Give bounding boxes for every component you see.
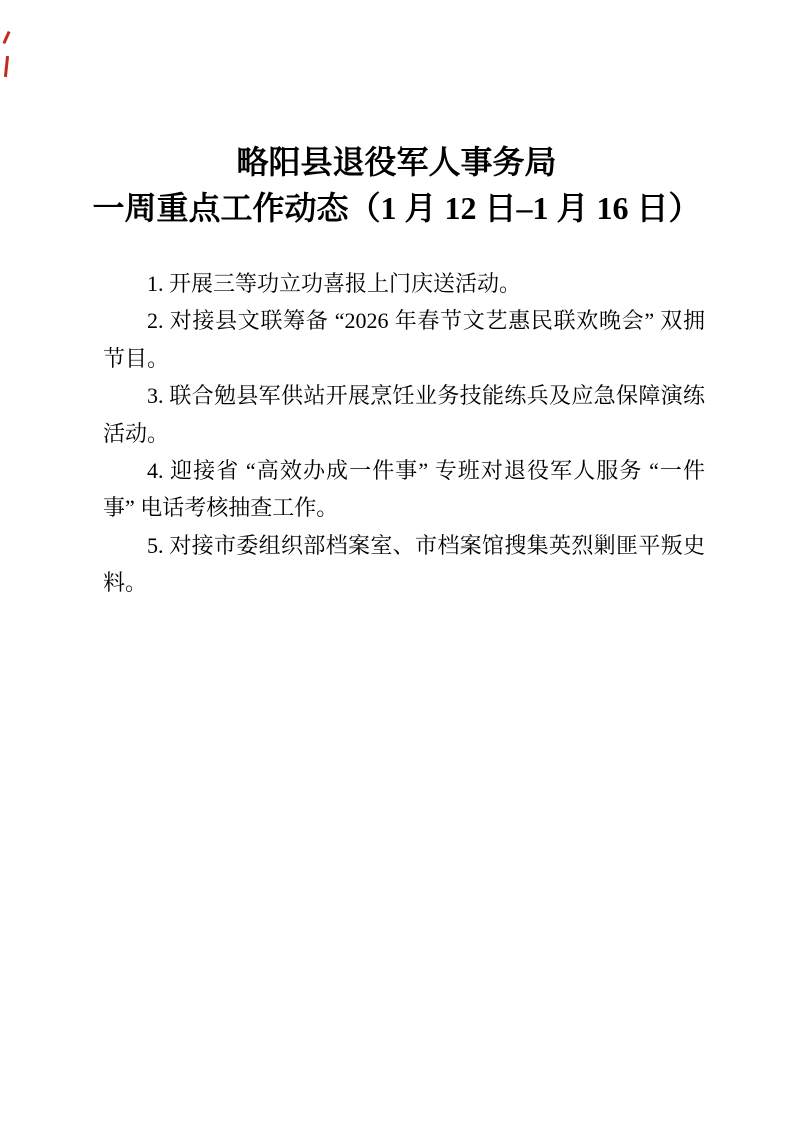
document-title-line-1: 略阳县退役军人事务局	[0, 139, 793, 185]
document-page: 略阳县退役军人事务局 一周重点工作动态（1 月 12 日–1 月 16 日） 1…	[0, 0, 793, 1122]
body-paragraph-5: 5. 对接市委组织部档案室、市档案馆搜集英烈剿匪平叛史料。	[103, 527, 705, 602]
body-paragraph-4: 4. 迎接省 “高效办成一件事” 专班对退役军人服务 “一件事” 电话考核抽查工…	[103, 452, 705, 527]
body-paragraph-1: 1. 开展三等功立功喜报上门庆送活动。	[103, 265, 705, 302]
document-title: 略阳县退役军人事务局 一周重点工作动态（1 月 12 日–1 月 16 日）	[0, 0, 793, 231]
document-title-line-2: 一周重点工作动态（1 月 12 日–1 月 16 日）	[0, 185, 793, 231]
body-paragraph-3: 3. 联合勉县军供站开展烹饪业务技能练兵及应急保障演练活动。	[103, 377, 705, 452]
body-paragraph-2: 2. 对接县文联筹备 “2026 年春节文艺惠民联欢晚会” 双拥节目。	[103, 302, 705, 377]
document-body: 1. 开展三等功立功喜报上门庆送活动。 2. 对接县文联筹备 “2026 年春节…	[103, 265, 705, 602]
